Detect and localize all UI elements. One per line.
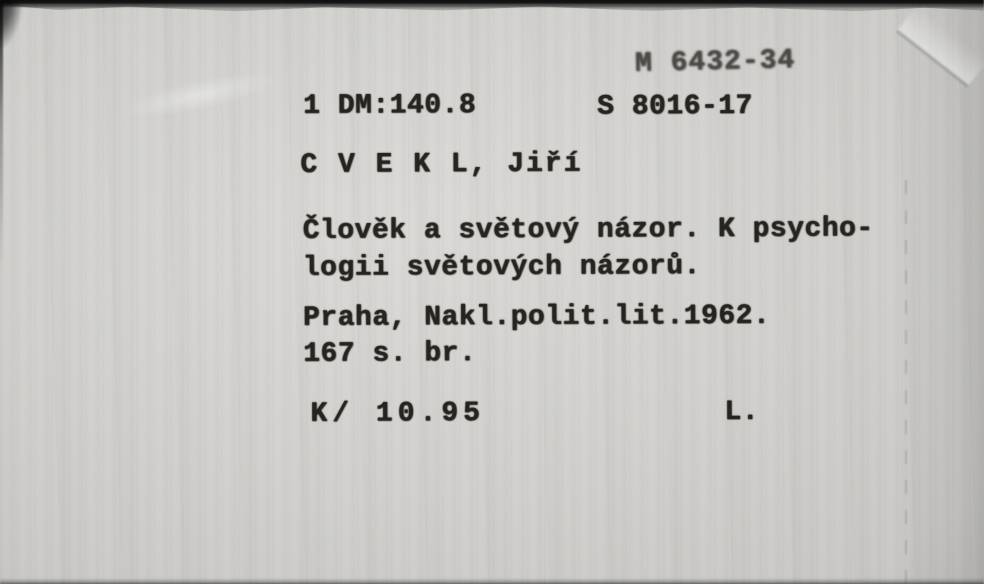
title-line-1: Člověk a světový názor. K psycho- [303, 213, 874, 246]
card-text-layer: M 6432-34 S 8016-17 1 DM:140.8 C V E K L… [0, 0, 984, 584]
price-note: K/ 10.95 [310, 398, 485, 430]
stamp-accession-number: M 6432-34 [635, 45, 796, 80]
title-line-2: logii světových názorů. [303, 251, 701, 284]
collation-line: 167 s. br. [303, 338, 476, 370]
shelfmark: S 8016-17 [597, 91, 753, 123]
classification-number: 1 DM:140.8 [303, 90, 476, 122]
cataloguer-initial: L. [724, 397, 759, 428]
imprint-line: Praha, Nakl.polit.lit.1962. [303, 301, 770, 334]
catalog-card-scan: M 6432-34 S 8016-17 1 DM:140.8 C V E K L… [0, 0, 984, 584]
author-heading: C V E K L, Jiří [300, 149, 582, 181]
